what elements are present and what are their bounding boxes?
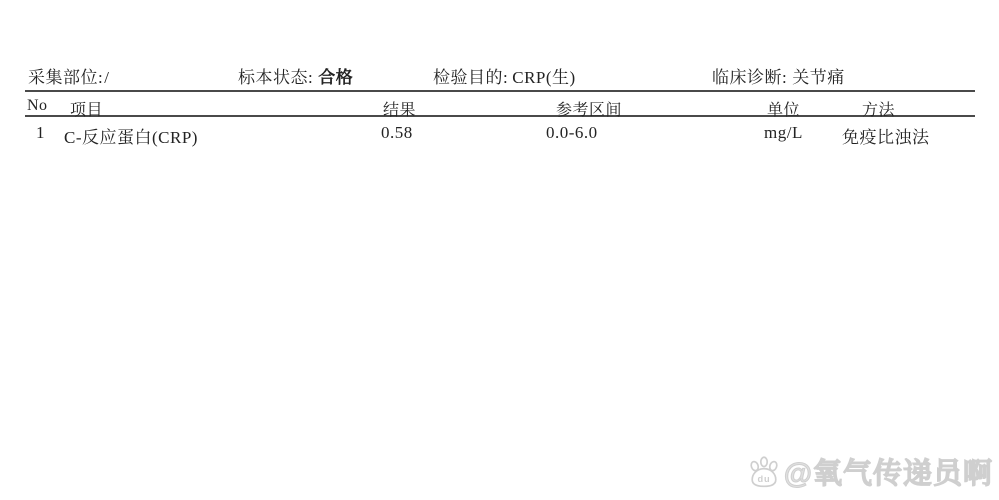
header-item: 项目 (70, 97, 103, 120)
row-result: 0.58 (381, 123, 413, 143)
header-reference-range: 参考区间 (556, 97, 622, 120)
row-item: C-反应蛋白(CRP) (64, 123, 198, 148)
row-method: 免疫比浊法 (842, 123, 930, 148)
info-specimen-status: 标本状态:合格 (238, 63, 353, 88)
watermark-text: @氧气传递员啊 (784, 451, 993, 492)
table-header-rule (25, 115, 975, 117)
collection-site-value: / (104, 68, 109, 87)
lab-report-page: 采集部位:/ 标本状态:合格 检验目的:CRP(生) 临床诊断:关节痛 No 项… (0, 0, 999, 500)
header-result: 结果 (383, 97, 416, 120)
header-no: No (27, 97, 48, 115)
row-no: 1 (36, 123, 45, 143)
test-purpose-value: CRP(生) (512, 68, 575, 87)
header-method: 方法 (862, 97, 895, 120)
table-top-rule (25, 90, 975, 92)
info-clinical-diagnosis: 临床诊断:关节痛 (712, 63, 845, 88)
baidu-paw-icon: du (747, 456, 781, 488)
row-reference-range: 0.0-6.0 (546, 123, 598, 143)
specimen-status-label: 标本状态: (238, 68, 313, 87)
test-purpose-label: 检验目的: (433, 68, 508, 87)
info-collection-site: 采集部位:/ (28, 63, 109, 88)
svg-text:du: du (757, 474, 770, 484)
clinical-diagnosis-value: 关节痛 (792, 68, 845, 87)
info-test-purpose: 检验目的:CRP(生) (433, 63, 576, 88)
header-unit: 单位 (767, 97, 800, 120)
clinical-diagnosis-label: 临床诊断: (712, 68, 787, 87)
specimen-status-value: 合格 (318, 68, 353, 87)
collection-site-label: 采集部位: (28, 68, 103, 87)
watermark: du @氧气传递员啊 (747, 451, 993, 492)
row-unit: mg/L (764, 123, 803, 143)
